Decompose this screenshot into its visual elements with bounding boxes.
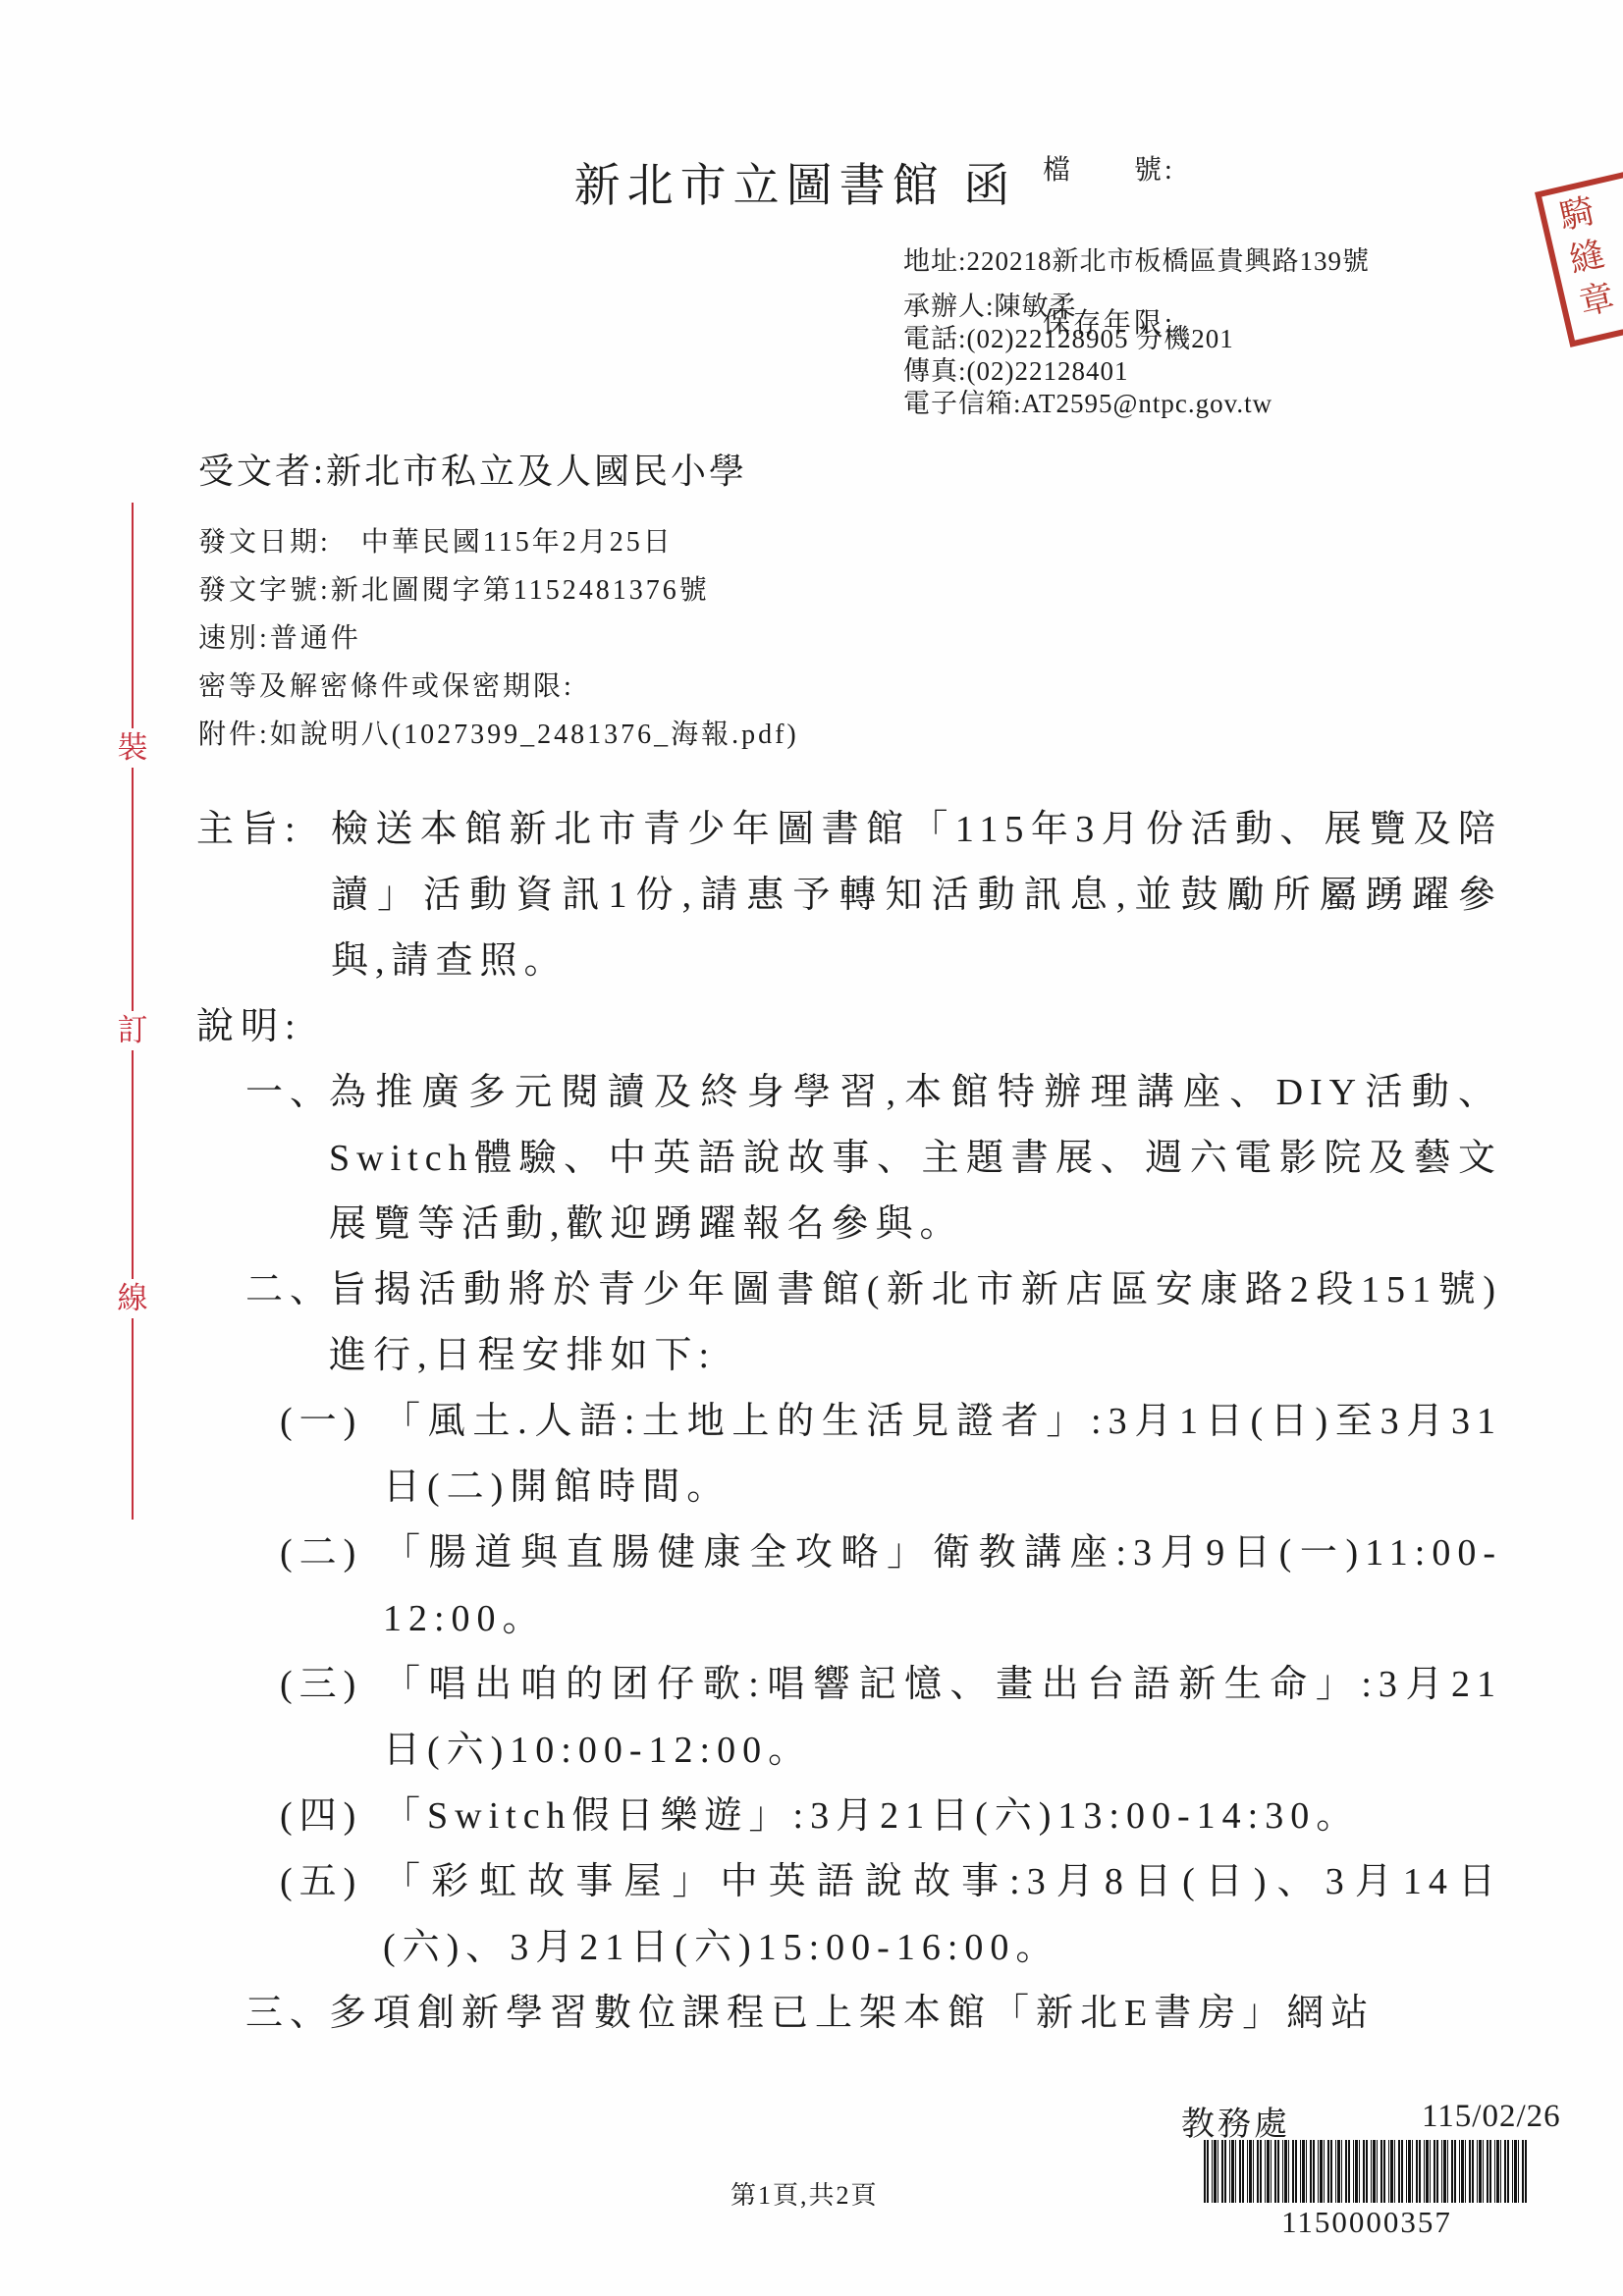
item-marker: (五) <box>280 1849 383 1981</box>
list-item: (四) 「Switch假日樂遊」:3月21日(六)13:00-14:30。 <box>196 1784 1502 1849</box>
item-text: 多項創新學習數位課程已上架本館「新北E書房」網站 <box>329 1981 1502 2047</box>
barcode <box>1204 2140 1530 2203</box>
footer-date: 115/02/26 <box>1422 2099 1561 2135</box>
header-phone: 電話:(02)22128905 分機201 <box>903 323 1370 355</box>
binding-char-xian: 線 <box>113 1279 152 1318</box>
list-item: 一、 為推廣多元閱讀及終身學習,本館特辦理講座、DIY活動、Switch體驗、中… <box>196 1060 1502 1257</box>
item-text: 「唱出咱的团仔歌:唱響記憶、畫出台語新生命」:3月21日(六)10:00-12:… <box>383 1652 1502 1784</box>
item-text: 旨揭活動將於青少年圖書館(新北市新店區安康路2段151號)進行,日程安排如下: <box>329 1257 1502 1389</box>
meta-attachment: 附件:如說明八(1027399_2481376_海報.pdf) <box>198 711 799 759</box>
meta-speed: 速別:普通件 <box>198 614 799 663</box>
page-number: 第1頁,共2頁 <box>730 2175 879 2212</box>
explanation-label: 說明: <box>196 994 1502 1060</box>
header-fax: 傳真:(02)22128401 <box>903 355 1370 388</box>
item-text: 「風土.人語:土地上的生活見證者」:3月1日(日)至3月31日(二)開館時間。 <box>383 1389 1502 1521</box>
recipient-line: 受文者:新北市私立及人國民小學 <box>198 444 747 494</box>
header-contact-person: 承辦人:陳敏柔 <box>903 291 1370 323</box>
item-marker: (二) <box>280 1521 383 1652</box>
item-text: 「Switch假日樂遊」:3月21日(六)13:00-14:30。 <box>383 1784 1502 1849</box>
list-item: (一) 「風土.人語:土地上的生活見證者」:3月1日(日)至3月31日(二)開館… <box>196 1389 1502 1521</box>
item-marker: (三) <box>280 1652 383 1784</box>
item-marker: (一) <box>280 1389 383 1521</box>
document-title: 新北市立圖書館 函 <box>0 149 1591 215</box>
barcode-number: 1150000357 <box>1204 2205 1530 2240</box>
item-text: 為推廣多元閱讀及終身學習,本館特辦理講座、DIY活動、Switch體驗、中英語說… <box>329 1060 1502 1257</box>
item-marker: 二、 <box>245 1257 329 1389</box>
binding-char-zhuang: 裝 <box>113 728 152 768</box>
item-marker: 一、 <box>245 1060 329 1257</box>
list-item: (五) 「彩虹故事屋」中英語說故事:3月8日(日)、3月14日(六)、3月21日… <box>196 1849 1502 1981</box>
header-address: 地址:220218新北市板橋區貴興路139號 <box>903 245 1370 278</box>
item-marker: 三、 <box>245 1981 329 2047</box>
item-marker: (四) <box>280 1784 383 1849</box>
meta-issue-date: 發文日期: 中華民國115年2月25日 <box>198 518 799 566</box>
subject-label: 主旨: <box>196 797 331 994</box>
header-email: 電子信箱:AT2595@ntpc.gov.tw <box>903 388 1370 420</box>
meta-block: 發文日期: 中華民國115年2月25日 發文字號:新北圖閱字第115248137… <box>198 518 799 759</box>
document-body: 主旨: 檢送本館新北市青少年圖書館「115年3月份活動、展覽及陪讀」活動資訊1份… <box>196 797 1502 2047</box>
meta-security: 密等及解密條件或保密期限: <box>198 663 799 711</box>
meta-doc-number: 發文字號:新北圖閱字第1152481376號 <box>198 566 799 614</box>
list-item: (二) 「腸道與直腸健康全攻略」衛教講座:3月9日(一)11:00-12:00。 <box>196 1521 1502 1652</box>
subject-row: 主旨: 檢送本館新北市青少年圖書館「115年3月份活動、展覽及陪讀」活動資訊1份… <box>196 797 1502 994</box>
list-item: 二、 旨揭活動將於青少年圖書館(新北市新店區安康路2段151號)進行,日程安排如… <box>196 1257 1502 1389</box>
seal-text: 騎縫章 <box>1550 192 1618 331</box>
subject-text: 檢送本館新北市青少年圖書館「115年3月份活動、展覽及陪讀」活動資訊1份,請惠予… <box>331 797 1502 994</box>
contact-block: 地址:220218新北市板橋區貴興路139號 承辦人:陳敏柔 電話:(02)22… <box>903 245 1370 420</box>
footer-department-stamp: 教務處 <box>1181 2097 1290 2145</box>
binding-char-ding: 訂 <box>113 1011 152 1050</box>
item-text: 「腸道與直腸健康全攻略」衛教講座:3月9日(一)11:00-12:00。 <box>383 1521 1502 1652</box>
list-item: 三、 多項創新學習數位課程已上架本館「新北E書房」網站 <box>196 1981 1502 2047</box>
item-text: 「彩虹故事屋」中英語說故事:3月8日(日)、3月14日(六)、3月21日(六)1… <box>383 1849 1502 1981</box>
list-item: (三) 「唱出咱的团仔歌:唱響記憶、畫出台語新生命」:3月21日(六)10:00… <box>196 1652 1502 1784</box>
document-page: 檔 號: 保存年限: 新北市立圖書館 函 地址:220218新北市板橋區貴興路1… <box>0 0 1623 2296</box>
